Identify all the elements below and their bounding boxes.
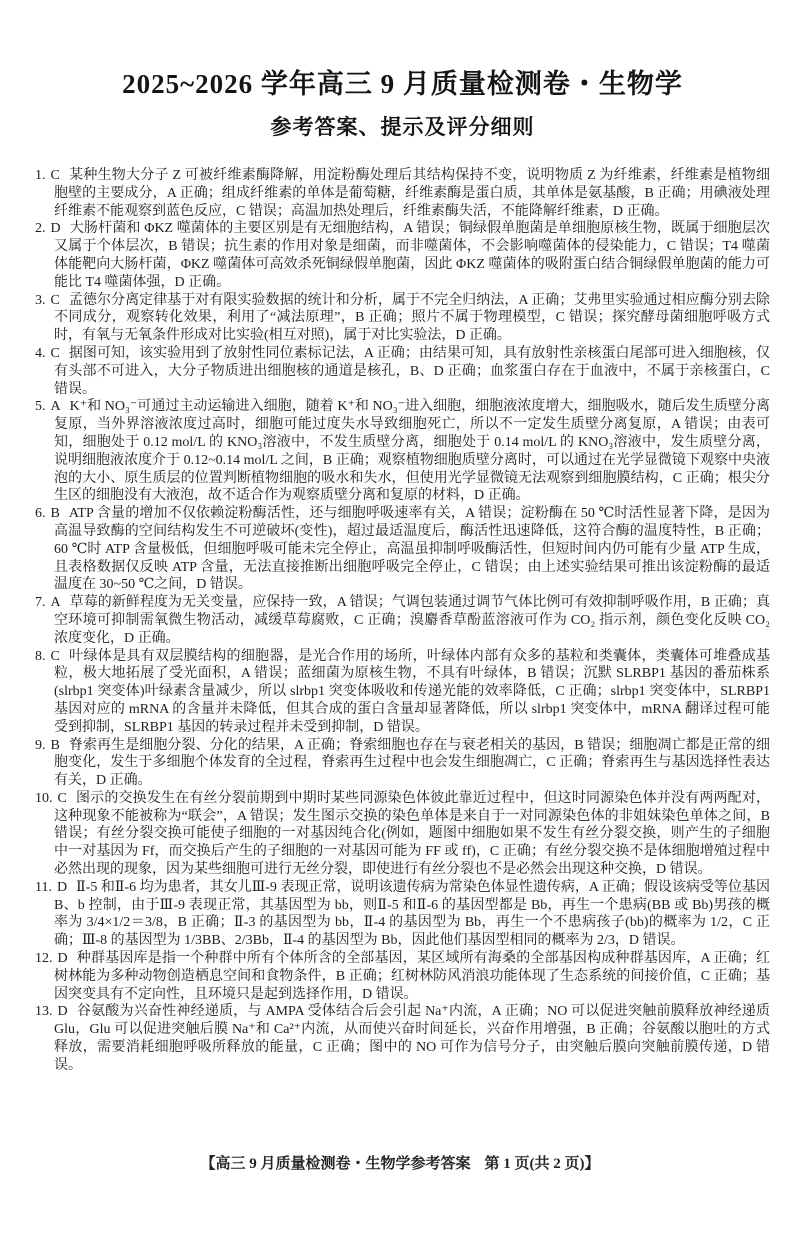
answer-item: 7.A草莓的新鲜程度为无关变量，应保持一致，A 错误；气调包装通过调节气体比例可…: [35, 594, 770, 647]
item-number: 13.: [35, 1004, 53, 1019]
item-answer: A: [46, 595, 70, 610]
answer-item: 12.D种群基因库是指一个种群中所有个体所含的全部基因，某区域所有海桑的全部基因…: [35, 950, 770, 1003]
item-explanation: 谷氨酸为兴奋性神经递质，与 AMPA 受体结合后会引起 Na⁺内流，A 正确；N…: [54, 1004, 770, 1072]
answer-item: 2.D大肠杆菌和 ΦKZ 噬菌体的主要区别是有无细胞结构，A 错误；铜绿假单胞菌…: [35, 220, 770, 291]
item-number: 11.: [35, 880, 52, 895]
page-subtitle: 参考答案、提示及评分细则: [35, 111, 770, 141]
item-answer: C: [46, 346, 69, 361]
item-number: 7.: [35, 595, 46, 610]
answer-item: 4.C据图可知，该实验用到了放射性同位素标记法，A 正确；由结果可知，具有放射性…: [35, 345, 770, 398]
item-explanation: 叶绿体是具有双层膜结构的细胞器，是光合作用的场所，叶绿体内部有众多的基粒和类囊体…: [54, 649, 770, 735]
item-explanation: 脊索再生是细胞分裂、分化的结果，A 正确；脊索细胞也存在与衰老相关的基因，B 错…: [54, 738, 770, 789]
item-answer: C: [46, 649, 69, 664]
item-explanation: 据图可知，该实验用到了放射性同位素标记法，A 正确；由结果可知，具有放射性亲核蛋…: [54, 346, 770, 397]
answer-item: 10.C图示的交换发生在有丝分裂前期到中期时某些同源染色体彼此靠近过程中，但这时…: [35, 790, 770, 879]
answer-item: 13.D谷氨酸为兴奋性神经递质，与 AMPA 受体结合后会引起 Na⁺内流，A …: [35, 1003, 770, 1074]
item-answer: C: [53, 791, 76, 806]
item-answer: D: [52, 880, 76, 895]
item-number: 9.: [35, 738, 46, 753]
item-explanation: 草莓的新鲜程度为无关变量，应保持一致，A 错误；气调包装通过调节气体比例可有效抑…: [54, 595, 770, 646]
answer-item: 6.BATP 含量的增加不仅依赖淀粉酶活性，还与细胞呼吸速率有关，A 错误；淀粉…: [35, 505, 770, 594]
item-number: 5.: [35, 399, 46, 414]
item-number: 3.: [35, 293, 46, 308]
answer-item: 1.C某种生物大分子 Z 可被纤维素酶降解，用淀粉酶处理后其结构保持不变，说明物…: [35, 167, 770, 220]
item-explanation: K⁺和 NO₃⁻可通过主动运输进入细胞，随着 K⁺和 NO₃⁻进入细胞，细胞液浓…: [54, 399, 770, 503]
item-answer: B: [46, 738, 69, 753]
item-answer: B: [46, 506, 69, 521]
item-number: 1.: [35, 168, 46, 183]
item-number: 10.: [35, 791, 53, 806]
item-answer: D: [53, 951, 77, 966]
item-answer: C: [46, 168, 69, 183]
answer-item: 11.DⅡ-5 和Ⅱ-6 均为患者，其女儿Ⅲ-9 表现正常，说明该遗传病为常染色…: [35, 879, 770, 950]
item-answer: C: [46, 293, 69, 308]
item-number: 12.: [35, 951, 53, 966]
answer-item: 8.C叶绿体是具有双层膜结构的细胞器，是光合作用的场所，叶绿体内部有众多的基粒和…: [35, 648, 770, 737]
exam-answer-page: 2025~2026 学年高三 9 月质量检测卷・生物学 参考答案、提示及评分细则…: [0, 0, 800, 1243]
item-number: 4.: [35, 346, 46, 361]
page-footer: 【高三 9 月质量检测卷・生物学参考答案第 1 页(共 2 页)】: [0, 1152, 800, 1173]
answer-item: 5.AK⁺和 NO₃⁻可通过主动运输进入细胞，随着 K⁺和 NO₃⁻进入细胞，细…: [35, 398, 770, 505]
item-explanation: 大肠杆菌和 ΦKZ 噬菌体的主要区别是有无细胞结构，A 错误；铜绿假单胞菌是单细…: [54, 221, 770, 289]
item-explanation: Ⅱ-5 和Ⅱ-6 均为患者，其女儿Ⅲ-9 表现正常，说明该遗传病为常染色体显性遗…: [54, 880, 770, 948]
item-answer: A: [46, 399, 70, 414]
item-number: 6.: [35, 506, 46, 521]
item-explanation: 某种生物大分子 Z 可被纤维素酶降解，用淀粉酶处理后其结构保持不变，说明物质 Z…: [54, 168, 770, 219]
item-explanation: 种群基因库是指一个种群中所有个体所含的全部基因，某区域所有海桑的全部基因构成种群…: [54, 951, 770, 1002]
answers-list: 1.C某种生物大分子 Z 可被纤维素酶降解，用淀粉酶处理后其结构保持不变，说明物…: [35, 167, 770, 1075]
answer-item: 9.B脊索再生是细胞分裂、分化的结果，A 正确；脊索细胞也存在与衰老相关的基因，…: [35, 737, 770, 790]
item-explanation: ATP 含量的增加不仅依赖淀粉酶活性，还与细胞呼吸速率有关，A 错误；淀粉酶在 …: [54, 506, 770, 592]
item-number: 8.: [35, 649, 46, 664]
item-number: 2.: [35, 221, 46, 236]
answer-item: 3.C孟德尔分离定律基于对有限实验数据的统计和分析，属于不完全归纳法，A 正确；…: [35, 292, 770, 345]
item-answer: D: [46, 221, 70, 236]
item-answer: D: [53, 1004, 77, 1019]
item-explanation: 孟德尔分离定律基于对有限实验数据的统计和分析，属于不完全归纳法，A 正确；艾弗里…: [54, 293, 770, 344]
item-explanation: 图示的交换发生在有丝分裂前期到中期时某些同源染色体彼此靠近过程中，但这时同源染色…: [54, 791, 770, 877]
page-title: 2025~2026 学年高三 9 月质量检测卷・生物学: [35, 62, 770, 101]
footer-page-number: 第 1 页(共 2 页)】: [485, 1156, 600, 1172]
footer-label: 【高三 9 月质量检测卷・生物学参考答案: [200, 1156, 470, 1172]
